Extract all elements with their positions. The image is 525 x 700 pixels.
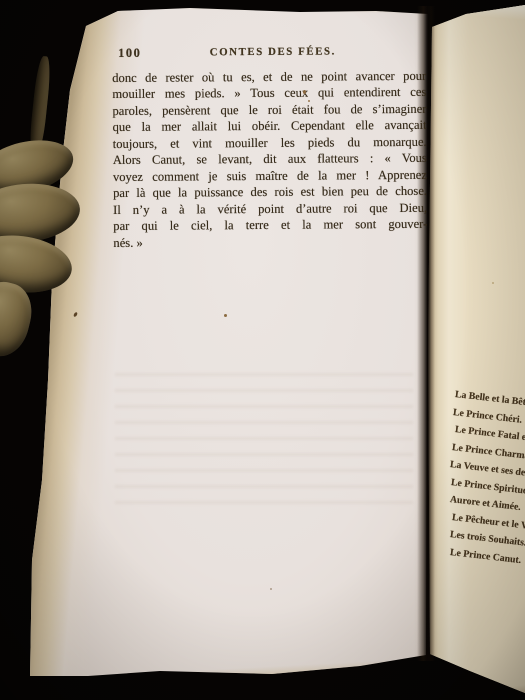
verso-show-through — [115, 362, 413, 504]
table-of-contents: La Belle et la Bête Le Prince Chéri. Le … — [450, 386, 525, 561]
paper-speck — [492, 282, 494, 284]
right-page — [424, 0, 525, 700]
page-header: 100 CONTES DES FÉES. — [112, 42, 426, 68]
paper-speck — [303, 90, 306, 94]
paper-speck — [308, 100, 310, 102]
body-line: par là que la puissance des rois est bie… — [113, 183, 427, 202]
page-number: 100 — [118, 46, 141, 61]
body-line: nés. » — [113, 232, 427, 251]
body-line: Alors Canut, se levant, dit aux flatteur… — [113, 150, 427, 169]
left-page-text: 100 CONTES DES FÉES. donc de rester où t… — [112, 42, 429, 251]
paper-speck — [270, 588, 272, 590]
body-text: donc de rester où tu es, et de ne point … — [112, 68, 427, 251]
paper-speck — [224, 314, 227, 317]
running-title: CONTES DES FÉES. — [210, 45, 336, 58]
body-line: par qui le ciel, la terre et la mer sont… — [113, 216, 427, 235]
book-photo: 100 CONTES DES FÉES. donc de rester où t… — [0, 0, 525, 700]
body-line: que la mer allait lui obéir. Cependant e… — [113, 117, 427, 136]
body-line: mouiller mes pieds. » Tous ceux qui ente… — [112, 84, 426, 103]
